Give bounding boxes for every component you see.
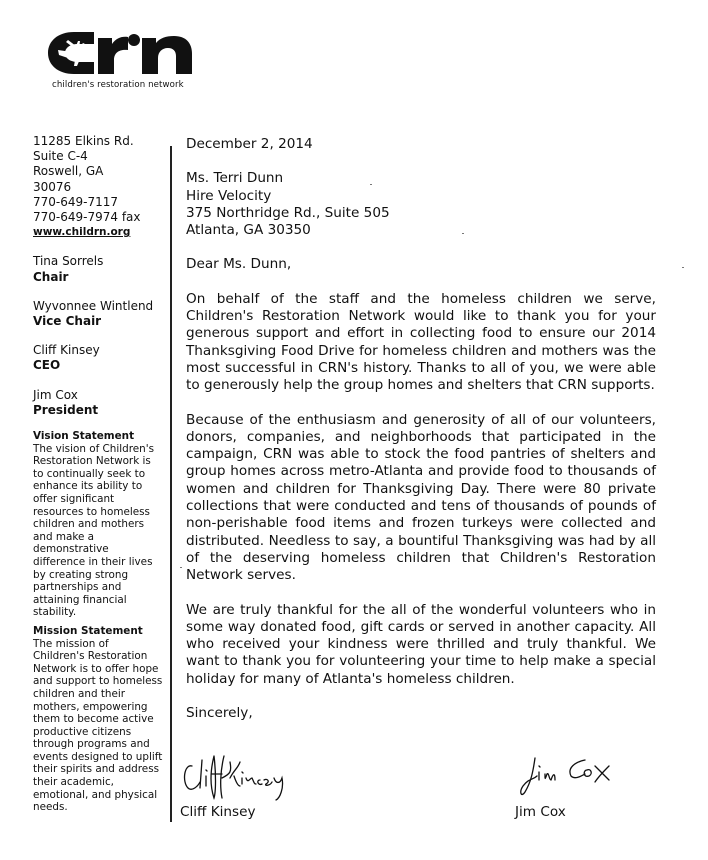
vision-statement-title: Vision Statement [33,430,163,443]
address-line: 11285 Elkins Rd. [33,134,163,149]
recipient-street: 375 Northridge Rd., Suite 505 [186,205,656,222]
officer-role: President [33,403,163,418]
mission-statement-title: Mission Statement [33,625,163,638]
scan-speck [370,184,372,185]
officer-name: Jim Cox [33,388,163,403]
officer-name: Tina Sorrels [33,254,163,269]
address-line: Roswell, GA [33,164,163,179]
officer-vice-chair: Wyvonnee Wintlend Vice Chair [33,299,163,329]
closing: Sincerely, [186,705,656,722]
officer-president: Jim Cox President [33,388,163,418]
scan-speck [180,567,182,568]
website-link[interactable]: www.childrn.org [33,225,163,240]
signature-cliff-kinsey-icon [180,752,310,802]
officer-role: Chair [33,270,163,285]
crn-logo: children's restoration network [38,28,208,90]
officer-role: CEO [33,358,163,373]
fax-number: 770-649-7974 fax [33,210,163,225]
recipient-company: Hire Velocity [186,188,656,205]
salutation: Dear Ms. Dunn, [186,256,656,273]
officer-ceo: Cliff Kinsey CEO [33,343,163,373]
recipient-city: Atlanta, GA 30350 [186,222,656,239]
paragraph: On behalf of the staff and the homeless … [186,291,656,395]
vertical-divider [170,146,172,822]
letterhead-sidebar: 11285 Elkins Rd. Suite C-4 Roswell, GA 3… [33,134,163,814]
logo-tagline: children's restoration network [52,80,184,90]
scan-speck [682,267,684,268]
signature-block-cliff-kinsey: Cliff Kinsey [180,752,310,820]
officer-chair: Tina Sorrels Chair [33,254,163,284]
letter-date: December 2, 2014 [186,136,656,153]
officer-name: Cliff Kinsey [33,343,163,358]
scan-speck [462,233,464,234]
officer-role: Vice Chair [33,314,163,329]
signatory-name: Cliff Kinsey [180,804,310,820]
signatory-name: Jim Cox [515,804,625,820]
paragraph: We are truly thankful for the all of the… [186,602,656,688]
paragraph: Because of the enthusiasm and generosity… [186,412,656,585]
mission-statement: Mission Statement The mission of Childre… [33,625,163,814]
vision-statement-body: The vision of Children's Restoration Net… [33,443,163,619]
officer-name: Wyvonnee Wintlend [33,299,163,314]
crn-logo-mark [46,28,206,78]
org-address: 11285 Elkins Rd. Suite C-4 Roswell, GA 3… [33,134,163,240]
mission-statement-body: The mission of Children's Restoration Ne… [33,638,163,814]
signature-block-jim-cox: Jim Cox [515,752,625,820]
letter-body: December 2, 2014 Ms. Terri Dunn Hire Vel… [186,136,656,722]
recipient-name: Ms. Terri Dunn [186,170,656,187]
vision-statement: Vision Statement The vision of Children'… [33,430,163,619]
address-line: 30076 [33,180,163,195]
phone-number: 770-649-7117 [33,195,163,210]
recipient-address: Ms. Terri Dunn Hire Velocity 375 Northri… [186,170,656,239]
signature-jim-cox-icon [515,752,625,802]
address-line: Suite C-4 [33,149,163,164]
